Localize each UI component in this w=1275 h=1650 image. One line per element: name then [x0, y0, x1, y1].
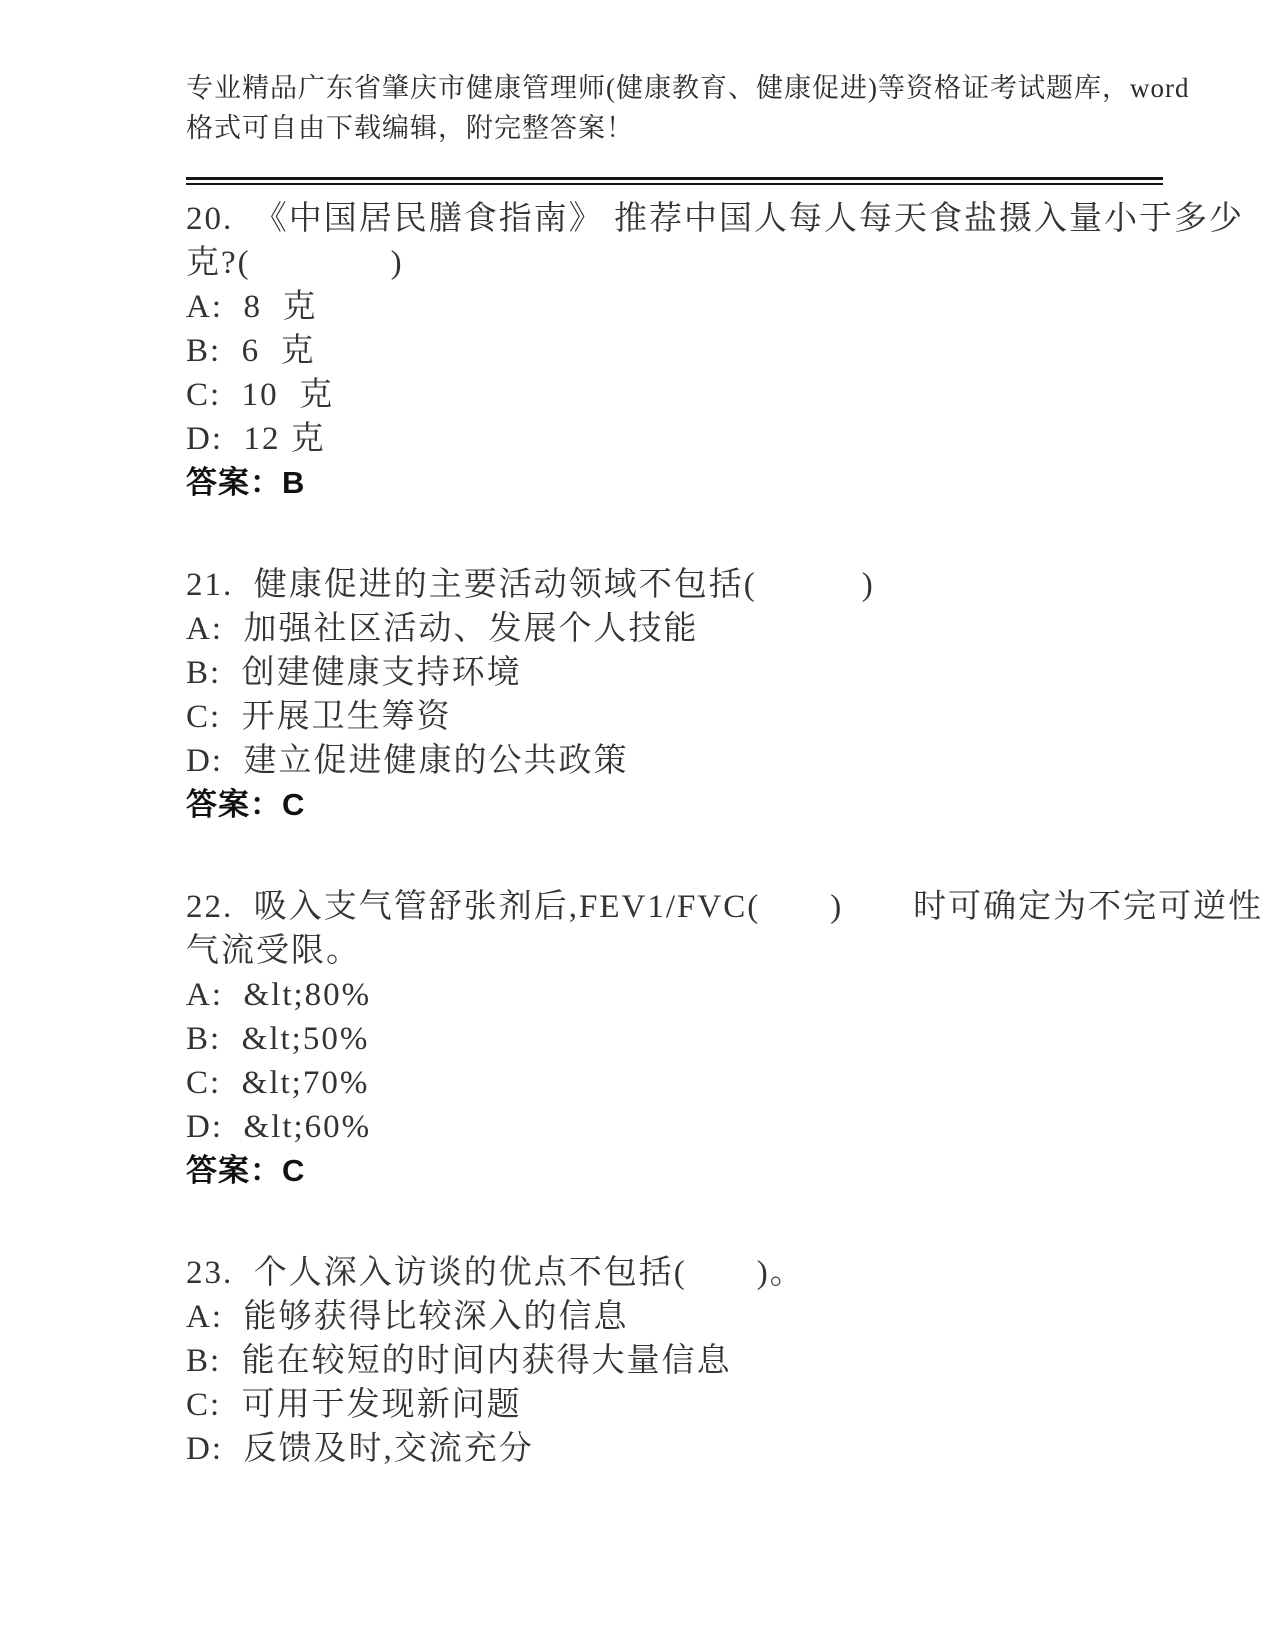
- question-title-line: 23. 个人深入访谈的优点不包括( )。: [186, 1251, 1226, 1295]
- option-line-D: D: 建立促进健康的公共政策: [186, 739, 1226, 783]
- answer-line: 答案：C: [186, 1149, 1226, 1193]
- question-title-line: 克?( ): [186, 241, 1226, 285]
- question-block-22: 22. 吸入支气管舒张剂后,FEV1/FVC( ) 时可确定为不完可逆性气流受限…: [186, 885, 1226, 1193]
- header-text-line-1: 专业精品广东省肇庆市健康管理师(健康教育、健康促进)等资格证考试题库，word: [186, 68, 1206, 108]
- option-line-A: A: 加强社区活动、发展个人技能: [186, 607, 1226, 651]
- option-line-C: C: 可用于发现新问题: [186, 1383, 1226, 1427]
- question-block-21: 21. 健康促进的主要活动领域不包括( )A: 加强社区活动、发展个人技能B: …: [186, 563, 1226, 827]
- page-header: 专业精品广东省肇庆市健康管理师(健康教育、健康促进)等资格证考试题库，word …: [186, 68, 1206, 148]
- option-line-B: B: 创建健康支持环境: [186, 651, 1226, 695]
- option-line-A: A: 8 克: [186, 285, 1226, 329]
- answer-line: 答案：C: [186, 783, 1226, 827]
- question-block-20: 20. 《中国居民膳食指南》 推荐中国人每人每天食盐摄入量小于多少克?( )A:…: [186, 197, 1226, 505]
- header-text-line-2: 格式可自由下载编辑，附完整答案！: [186, 108, 1206, 148]
- question-block-23: 23. 个人深入访谈的优点不包括( )。A: 能够获得比较深入的信息B: 能在较…: [186, 1251, 1226, 1471]
- option-line-C: C: &lt;70%: [186, 1061, 1226, 1105]
- option-line-D: D: 12 克: [186, 417, 1226, 461]
- option-line-A: A: 能够获得比较深入的信息: [186, 1295, 1226, 1339]
- option-line-D: D: 反馈及时,交流充分: [186, 1427, 1226, 1471]
- option-line-A: A: &lt;80%: [186, 973, 1226, 1017]
- header-divider: [186, 177, 1163, 185]
- option-line-D: D: &lt;60%: [186, 1105, 1226, 1149]
- question-title-line: 21. 健康促进的主要活动领域不包括( ): [186, 563, 1226, 607]
- question-title-line: 20. 《中国居民膳食指南》 推荐中国人每人每天食盐摄入量小于多少: [186, 197, 1226, 241]
- option-line-B: B: 6 克: [186, 329, 1226, 373]
- option-line-B: B: &lt;50%: [186, 1017, 1226, 1061]
- option-line-C: C: 开展卫生筹资: [186, 695, 1226, 739]
- question-title-line: 22. 吸入支气管舒张剂后,FEV1/FVC( ) 时可确定为不完可逆性: [186, 885, 1226, 929]
- answer-line: 答案：B: [186, 461, 1226, 505]
- option-line-C: C: 10 克: [186, 373, 1226, 417]
- question-title-line: 气流受限。: [186, 929, 1226, 973]
- option-line-B: B: 能在较短的时间内获得大量信息: [186, 1339, 1226, 1383]
- document-page: 专业精品广东省肇庆市健康管理师(健康教育、健康促进)等资格证考试题库，word …: [0, 0, 1275, 1650]
